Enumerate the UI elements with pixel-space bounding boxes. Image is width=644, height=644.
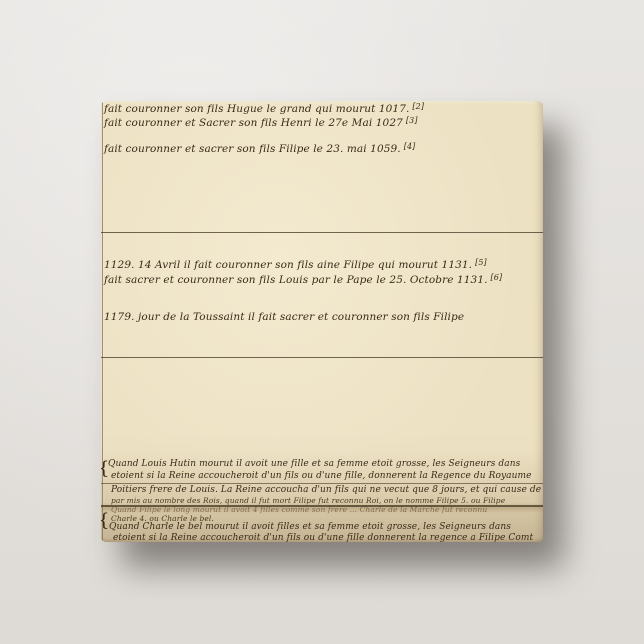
footnote-mark: [4]: [404, 142, 416, 151]
manuscript-line: Quand Charle le bel mourut il avoit fill…: [109, 522, 511, 532]
footnote-mark: [6]: [491, 273, 503, 282]
section-divider: [101, 483, 543, 484]
footnote-mark: [5]: [475, 258, 487, 267]
manuscript-line: fait sacrer et couronner son fils Louis …: [104, 273, 502, 286]
manuscript-line: fait couronner et Sacrer son fils Henri …: [104, 116, 418, 129]
manuscript-line: etoient si la Reine accoucheroit d'un fi…: [113, 533, 533, 542]
section-divider: [101, 232, 543, 233]
manuscript-line: Poitiers frere de Louis. La Reine accouc…: [111, 485, 543, 495]
manuscript-line: Quand Louis Hutin mourut il avoit une fi…: [108, 459, 520, 469]
section-divider: [101, 357, 543, 358]
footnote-mark: [2]: [412, 102, 424, 111]
manuscript-line: Quand Filipe le long mourut il avoit 4 f…: [111, 505, 487, 514]
pinback-button: fait couronner son fils Hugue le grand q…: [101, 101, 543, 542]
manuscript-line: 1129. 14 Avril il fait couronner son fil…: [104, 258, 487, 271]
manuscript-line: fait couronner son fils Hugue le grand q…: [104, 102, 424, 115]
manuscript-line: 1179. jour de la Toussaint il fait sacre…: [104, 311, 464, 323]
footnote-mark: [3]: [406, 116, 418, 125]
manuscript-line: fait couronner et sacrer son fils Filipe…: [104, 142, 415, 155]
manuscript-line: etoient si la Reine accoucheroit d'un fi…: [111, 471, 532, 481]
